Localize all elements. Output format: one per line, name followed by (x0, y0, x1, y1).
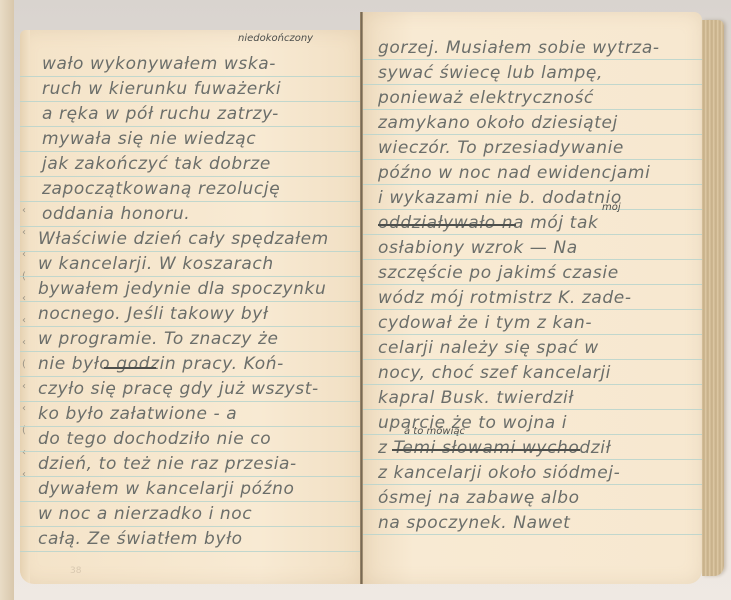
left-page-text: niedokończony wało wykonywałem wska- ruc… (20, 30, 362, 584)
text-line: z Temi słowami wychodził (378, 438, 611, 458)
marginal-annotation: niedokończony (238, 33, 313, 44)
notebook-spread: ‹‹‹(‹‹‹(‹‹(‹‹ niedokończony wało wykonyw (14, 8, 730, 596)
text-line: a ręka w pół ruchu zatrzy- (42, 104, 279, 124)
right-page: gorzej. Musiałem sobie wytrza- sywać świ… (362, 12, 702, 584)
text-line: późno w noc nad ewidencjami (378, 163, 650, 183)
text-line: w kancelarji. W koszarach (38, 254, 274, 274)
page-number: 38 (70, 566, 81, 576)
text-line: nocy, choć szef kancelarji (378, 363, 611, 383)
text-line: zamykano około dziesiątej (378, 113, 618, 133)
text-line: wało wykonywałem wska- (42, 54, 276, 74)
text-line: oddziaływało na mój tak (378, 213, 598, 233)
text-line: Właściwie dzień cały spędzałem (38, 229, 329, 249)
text-line: całą. Ze światłem było (38, 529, 243, 549)
strikethrough-mark (392, 449, 580, 451)
text-line: ruch w kierunku fuważerki (42, 79, 281, 99)
text-line: mywała się nie wiedząc (42, 129, 256, 149)
text-line: osłabiony wzrok — Na (378, 238, 578, 258)
text-line: wieczór. To przesiadywanie (378, 138, 624, 158)
text-line: ko było załatwione - a (38, 404, 237, 424)
background-page-edge (0, 0, 14, 600)
page-stack-edge (702, 20, 724, 576)
text-line: bywałem jedynie dla spoczynku (38, 279, 326, 299)
text-line: zapoczątkowaną rezolucję (42, 179, 280, 199)
insertion-annotation: a to mówiąc (404, 426, 465, 437)
text-line: nie było godzin pracy. Koń- (38, 354, 284, 374)
text-line: i wykazami nie b. dodatnio (378, 188, 622, 208)
text-line: szczęście po jakimś czasie (378, 263, 619, 283)
text-line: nocnego. Jeśli takowy był (38, 304, 268, 324)
text-line: ósmej na zabawę albo (378, 488, 580, 508)
strikethrough-mark (104, 367, 156, 369)
text-line: cydował że i tym z kan- (378, 313, 592, 333)
text-line: wódz mój rotmistrz K. zade- (378, 288, 632, 308)
text-line: jak zakończyć tak dobrze (42, 154, 271, 174)
strikethrough-mark (378, 224, 516, 226)
text-line: ponieważ elektryczność (378, 88, 594, 108)
right-page-text: gorzej. Musiałem sobie wytrza- sywać świ… (362, 12, 702, 584)
text-line: dywałem w kancelarji późno (38, 479, 295, 499)
book-gutter (360, 12, 363, 584)
text-line: czyło się pracę gdy już wszyst- (38, 379, 319, 399)
text-line: sywać świecę lub lampę, (378, 63, 603, 83)
text-line: w noc a nierzadko i noc (38, 504, 252, 524)
text-line: dzień, to też nie raz przesia- (38, 454, 297, 474)
text-line: z kancelarji około siódmej- (378, 463, 620, 483)
text-line: w programie. To znaczy że (38, 329, 279, 349)
text-line: celarji należy się spać w (378, 338, 599, 358)
text-line: do tego dochodziło nie co (38, 429, 271, 449)
text-line: na spoczynek. Nawet (378, 513, 570, 533)
text-line: oddania honoru. (42, 204, 190, 224)
text-line: kapral Busk. twierdził (378, 388, 574, 408)
text-line: gorzej. Musiałem sobie wytrza- (378, 38, 660, 58)
left-page: ‹‹‹(‹‹‹(‹‹(‹‹ niedokończony wało wykonyw (20, 30, 362, 584)
insertion-annotation: mój (602, 202, 621, 213)
